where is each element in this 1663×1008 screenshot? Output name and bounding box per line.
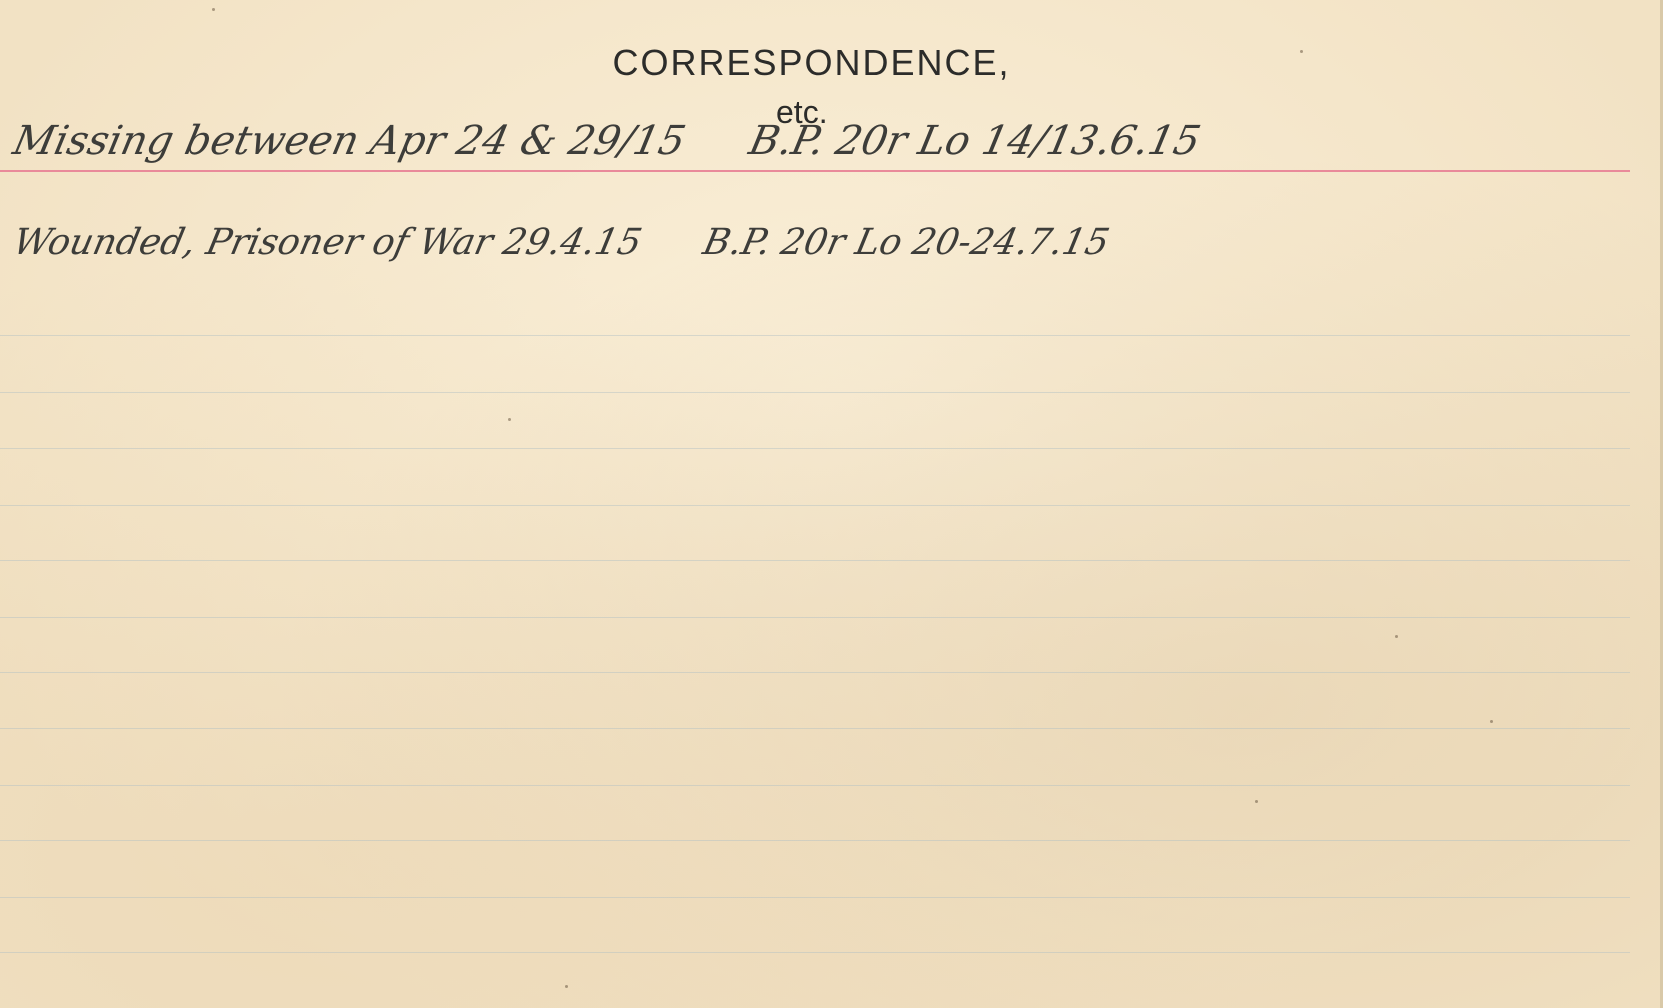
ruled-line [0, 617, 1630, 618]
ruled-line [0, 335, 1630, 336]
ruled-line [0, 897, 1630, 898]
card-title: CORRESPONDENCE, [612, 42, 1010, 84]
ruled-line [0, 505, 1630, 506]
ruled-line [0, 952, 1630, 953]
entry-description: Missing between Apr 24 & 29/15 [9, 118, 689, 164]
paper-speck [565, 985, 568, 988]
ruled-line [0, 840, 1630, 841]
ruled-line [0, 448, 1630, 449]
card-header: CORRESPONDENCE, etc. [0, 42, 1663, 84]
paper-speck [1255, 800, 1258, 803]
paper-speck [212, 8, 215, 11]
ruled-line [0, 392, 1630, 393]
ruled-line [0, 672, 1630, 673]
ruled-line [0, 728, 1630, 729]
ruled-line [0, 560, 1630, 561]
paper-speck [1490, 720, 1493, 723]
red-ruled-line [0, 170, 1630, 172]
index-card: CORRESPONDENCE, etc. Missing between Apr… [0, 0, 1663, 1008]
entry-reference: B.P. 20r Lo 14/13.6.15 [745, 118, 1204, 164]
ruled-line [0, 785, 1630, 786]
paper-speck [1300, 50, 1303, 53]
handwritten-entry: Missing between Apr 24 & 29/15 B.P. 20r … [9, 118, 1204, 164]
handwritten-entry: Wounded, Prisoner of War 29.4.15 B.P. 20… [10, 222, 1113, 263]
paper-speck [508, 418, 511, 421]
paper-speck [1395, 635, 1398, 638]
entry-description: Wounded, Prisoner of War 29.4.15 [10, 222, 646, 263]
entry-reference: B.P. 20r Lo 20-24.7.15 [700, 222, 1113, 263]
